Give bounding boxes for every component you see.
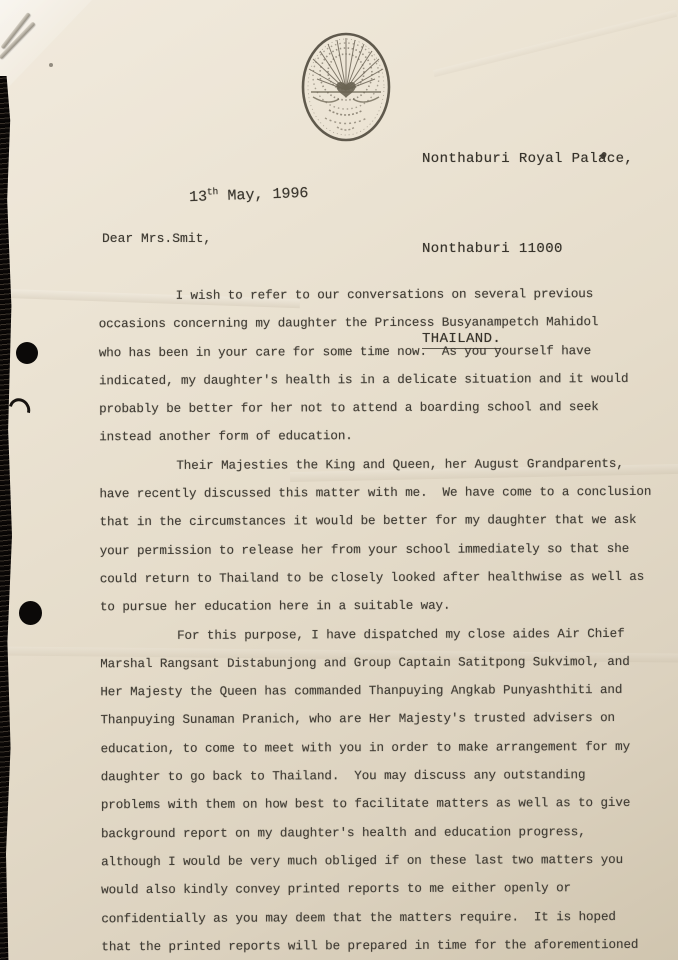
royal-oval-seal-icon — [299, 30, 393, 144]
letter-line: that the printed reports will be prepare… — [101, 931, 673, 960]
letter-line: probably be better for her not to attend… — [99, 393, 671, 424]
letter-line: that in the circumstances it would be be… — [100, 506, 672, 537]
letter-line: could return to Thailand to be closely l… — [100, 563, 672, 594]
letter-line: Their Majesties the King and Queen, her … — [99, 450, 671, 481]
letter-line: to pursue her education here in a suitab… — [100, 591, 672, 622]
letter-line: daughter to go back to Thailand. You may… — [101, 761, 673, 792]
letter-line: I wish to refer to our conversations on … — [99, 280, 671, 311]
letter-line: who has been in your care for some time … — [99, 336, 671, 367]
hole-punch-dot — [19, 601, 42, 625]
letter-line: instead another form of education. — [99, 421, 671, 452]
letter-line: although I would be very much obliged if… — [101, 846, 673, 877]
letter-line: would also kindly convey printed reports… — [101, 874, 673, 905]
letter-line: Her Majesty the Queen has commanded Than… — [100, 676, 672, 707]
hole-punch-dot — [16, 342, 38, 364]
letter-body: I wish to refer to our conversations on … — [99, 280, 674, 960]
letter-line: have recently discussed this matter with… — [99, 478, 671, 509]
letter-line: Thanpuying Sunaman Pranich, who are Her … — [100, 704, 672, 735]
letter-line: Marshal Rangsant Distabunjong and Group … — [100, 648, 672, 679]
letter-line: For this purpose, I have dispatched my c… — [100, 619, 672, 650]
letter-line: confidentially as you may deem that the … — [101, 902, 673, 933]
paper-speck — [49, 63, 53, 67]
salutation: Dear Mrs.Smit, — [102, 231, 211, 246]
letter-line: your permission to release her from your… — [100, 534, 672, 565]
letter-line: problems with them on how best to facili… — [101, 789, 673, 820]
letterhead-line-1: Nonthaburi Royal Palace, — [422, 144, 633, 174]
letter-photo: Nonthaburi Royal Palace, Nonthaburi 1100… — [0, 0, 678, 960]
letter-line: education, to come to meet with you in o… — [100, 733, 672, 764]
letter-line: background report on my daughter's healt… — [101, 817, 673, 848]
letterhead-line-2: Nonthaburi 11000 — [422, 234, 633, 264]
letter-line: indicated, my daughter's health is in a … — [99, 365, 671, 396]
letter-line: occasions concerning my daughter the Pri… — [99, 308, 671, 339]
